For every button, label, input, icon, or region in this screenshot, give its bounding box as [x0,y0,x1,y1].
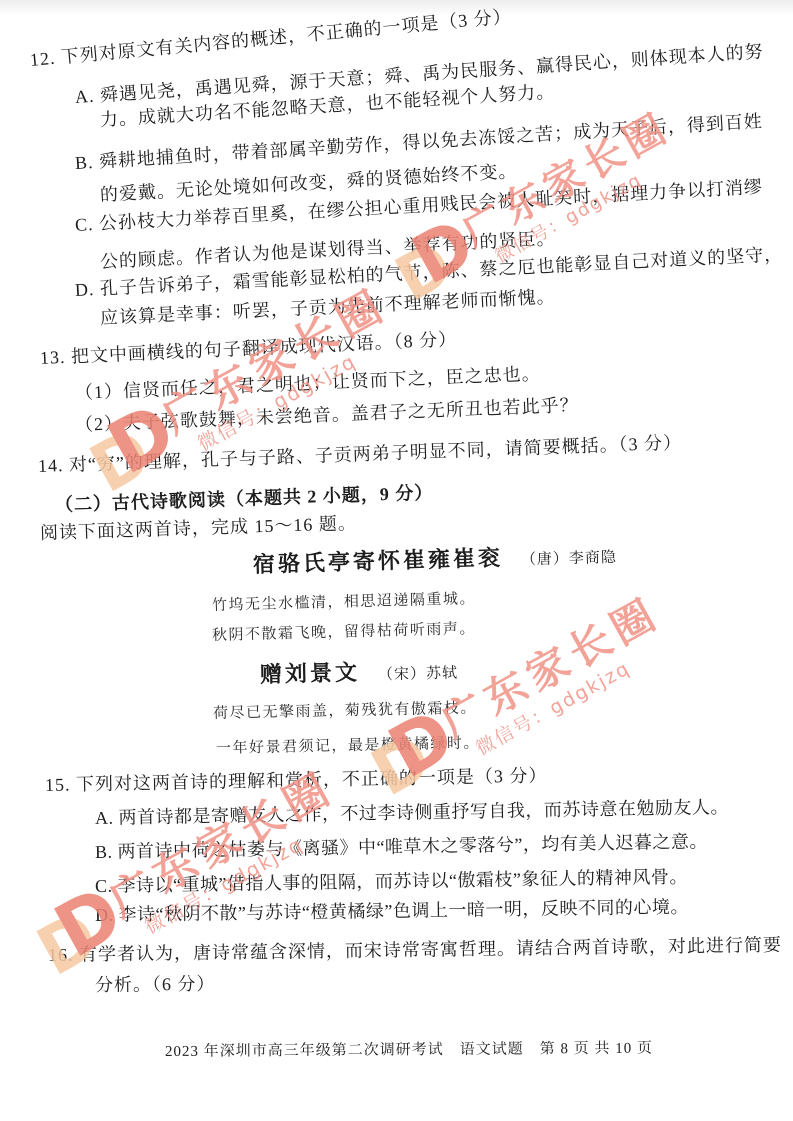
question-15-option-c: C. 李诗以“重城”借指人事的阻隔，而苏诗以“傲霜枝”象征人的精神风骨。 [95,865,688,898]
poem-2-title-line: 赠刘景文（宋）苏轼 [260,659,459,690]
question-14-stem: 14. 对“穷”的理解，孔子与子路、子贡两弟子明显不同，请简要概括。（3 分） [38,430,683,478]
question-15-option-a: A. 两首诗都是寄赠友人之作，不过李诗侧重抒写自我，而苏诗意在勉励友人。 [95,795,729,830]
poem-2-line-1: 荷尽已无擎雨盖，菊残犹有傲霜枝。 [213,696,477,726]
watermark-wechat-text: 微信号：gdgkjzq [473,632,680,759]
poem-2-title: 赠刘景文 [260,660,361,687]
page-footer: 2023 年深圳市高三年级第二次调研考试 语文试题 第 8 页 共 10 页 [165,1037,653,1064]
question-15-option-b: B. 两首诗中荷之枯萎与《离骚》中“唯草木之零落兮”，均有美人迟暮之意。 [95,829,708,864]
section-2-heading: （二）古代诗歌阅读（本题共 2 小题，9 分） [55,480,434,517]
question-16-line-2: 分析。（6 分） [95,972,216,997]
section-2-intro: 阅读下面这两首诗，完成 15～16 题。 [40,511,358,545]
poem-2-line-2: 一年好景君须记，最是橙黄橘绿时。 [216,731,480,761]
poem-1-title-line: 宿骆氏亭寄怀崔雍崔衮（唐）李商隐 [253,543,618,580]
question-15-option-d: D. 李诗“秋阴不散”与苏诗“橙黄橘绿”色调上一暗一明，反映不同的心境。 [95,895,689,927]
poem-1-line-1: 竹坞无尘水槛清，相思迢递隔重城。 [212,587,477,618]
poem-1-line-2: 秋阴不散霜飞晚，留得枯荷听雨声。 [212,617,477,648]
poem-1-author: （唐）李商隐 [521,550,617,569]
question-15-stem: 15. 下列对这两首诗的理解和赏析，不正确的一项是（3 分） [45,763,548,797]
poem-1-title: 宿骆氏亭寄怀崔雍崔衮 [253,545,504,577]
question-13-stem: 13. 把文中画横线的句子翻译成现代汉语。（8 分） [39,327,457,370]
question-16-line-1: 16. 有学者认为，唐诗常蕴含深情，而宋诗常寄寓哲理。请结合两首诗歌，对此进行简… [48,933,782,967]
watermark-brand-text: 广东家长圈 [434,589,668,746]
exam-paper-scan: { "watermark": { "brand": "广东家长圈", "wech… [0,0,793,1121]
poem-2-author: （宋）苏轼 [378,666,458,684]
